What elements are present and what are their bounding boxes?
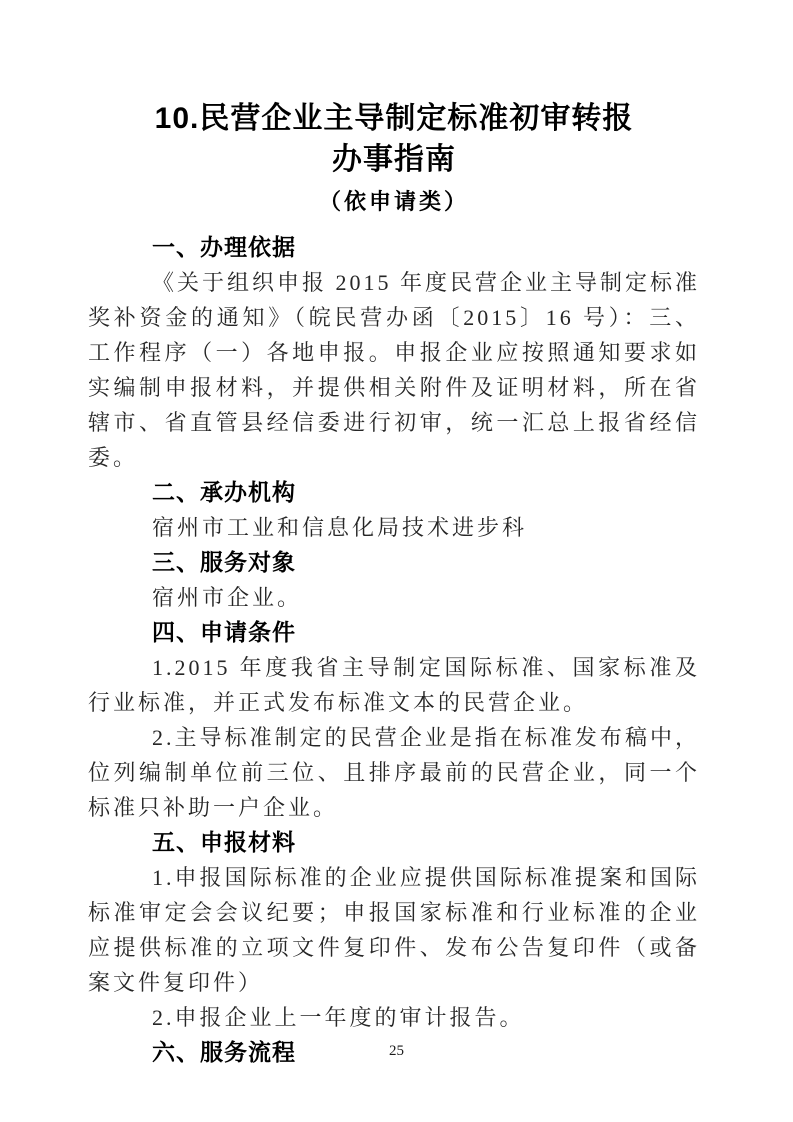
section-service-target: 三、服务对象 宿州市企业。 bbox=[88, 545, 700, 615]
section-paragraph: 2.主导标准制定的民营企业是指在标准发布稿中，位列编制单位前三位、且排序最前的民… bbox=[88, 720, 700, 825]
section-heading: 四、申请条件 bbox=[152, 615, 700, 650]
section-heading: 二、承办机构 bbox=[152, 475, 700, 510]
section-undertaking-agency: 二、承办机构 宿州市工业和信息化局技术进步科 bbox=[88, 475, 700, 545]
section-heading: 五、申报材料 bbox=[152, 825, 700, 860]
doc-title-line1: 10.民营企业主导制定标准初审转报 bbox=[88, 98, 700, 139]
section-paragraph: 宿州市工业和信息化局技术进步科 bbox=[88, 510, 700, 545]
section-paragraph: 1.2015 年度我省主导制定国际标准、国家标准及行业标准，并正式发布标准文本的… bbox=[88, 650, 700, 720]
document-page: 10.民营企业主导制定标准初审转报 办事指南 （依申请类） 一、办理依据 《关于… bbox=[0, 0, 793, 1122]
doc-subtitle: （依申请类） bbox=[88, 189, 700, 215]
section-paragraph: 《关于组织申报 2015 年度民营企业主导制定标准奖补资金的通知》（皖民营办函〔… bbox=[88, 265, 700, 475]
doc-title-line2: 办事指南 bbox=[88, 139, 700, 180]
page-number: 25 bbox=[0, 1043, 793, 1060]
section-application-materials: 五、申报材料 1.申报国际标准的企业应提供国际标准提案和国际标准审定会会议纪要；… bbox=[88, 825, 700, 1035]
section-handling-basis: 一、办理依据 《关于组织申报 2015 年度民营企业主导制定标准奖补资金的通知》… bbox=[88, 230, 700, 475]
section-paragraph: 1.申报国际标准的企业应提供国际标准提案和国际标准审定会会议纪要；申报国家标准和… bbox=[88, 860, 700, 1000]
section-paragraph: 宿州市企业。 bbox=[88, 580, 700, 615]
section-paragraph: 2.申报企业上一年度的审计报告。 bbox=[88, 1000, 700, 1035]
section-heading: 一、办理依据 bbox=[152, 230, 700, 265]
doc-title: 10.民营企业主导制定标准初审转报 办事指南 bbox=[88, 98, 700, 180]
document-body: 一、办理依据 《关于组织申报 2015 年度民营企业主导制定标准奖补资金的通知》… bbox=[88, 230, 700, 1070]
section-heading: 三、服务对象 bbox=[152, 545, 700, 580]
section-application-conditions: 四、申请条件 1.2015 年度我省主导制定国际标准、国家标准及行业标准，并正式… bbox=[88, 615, 700, 825]
